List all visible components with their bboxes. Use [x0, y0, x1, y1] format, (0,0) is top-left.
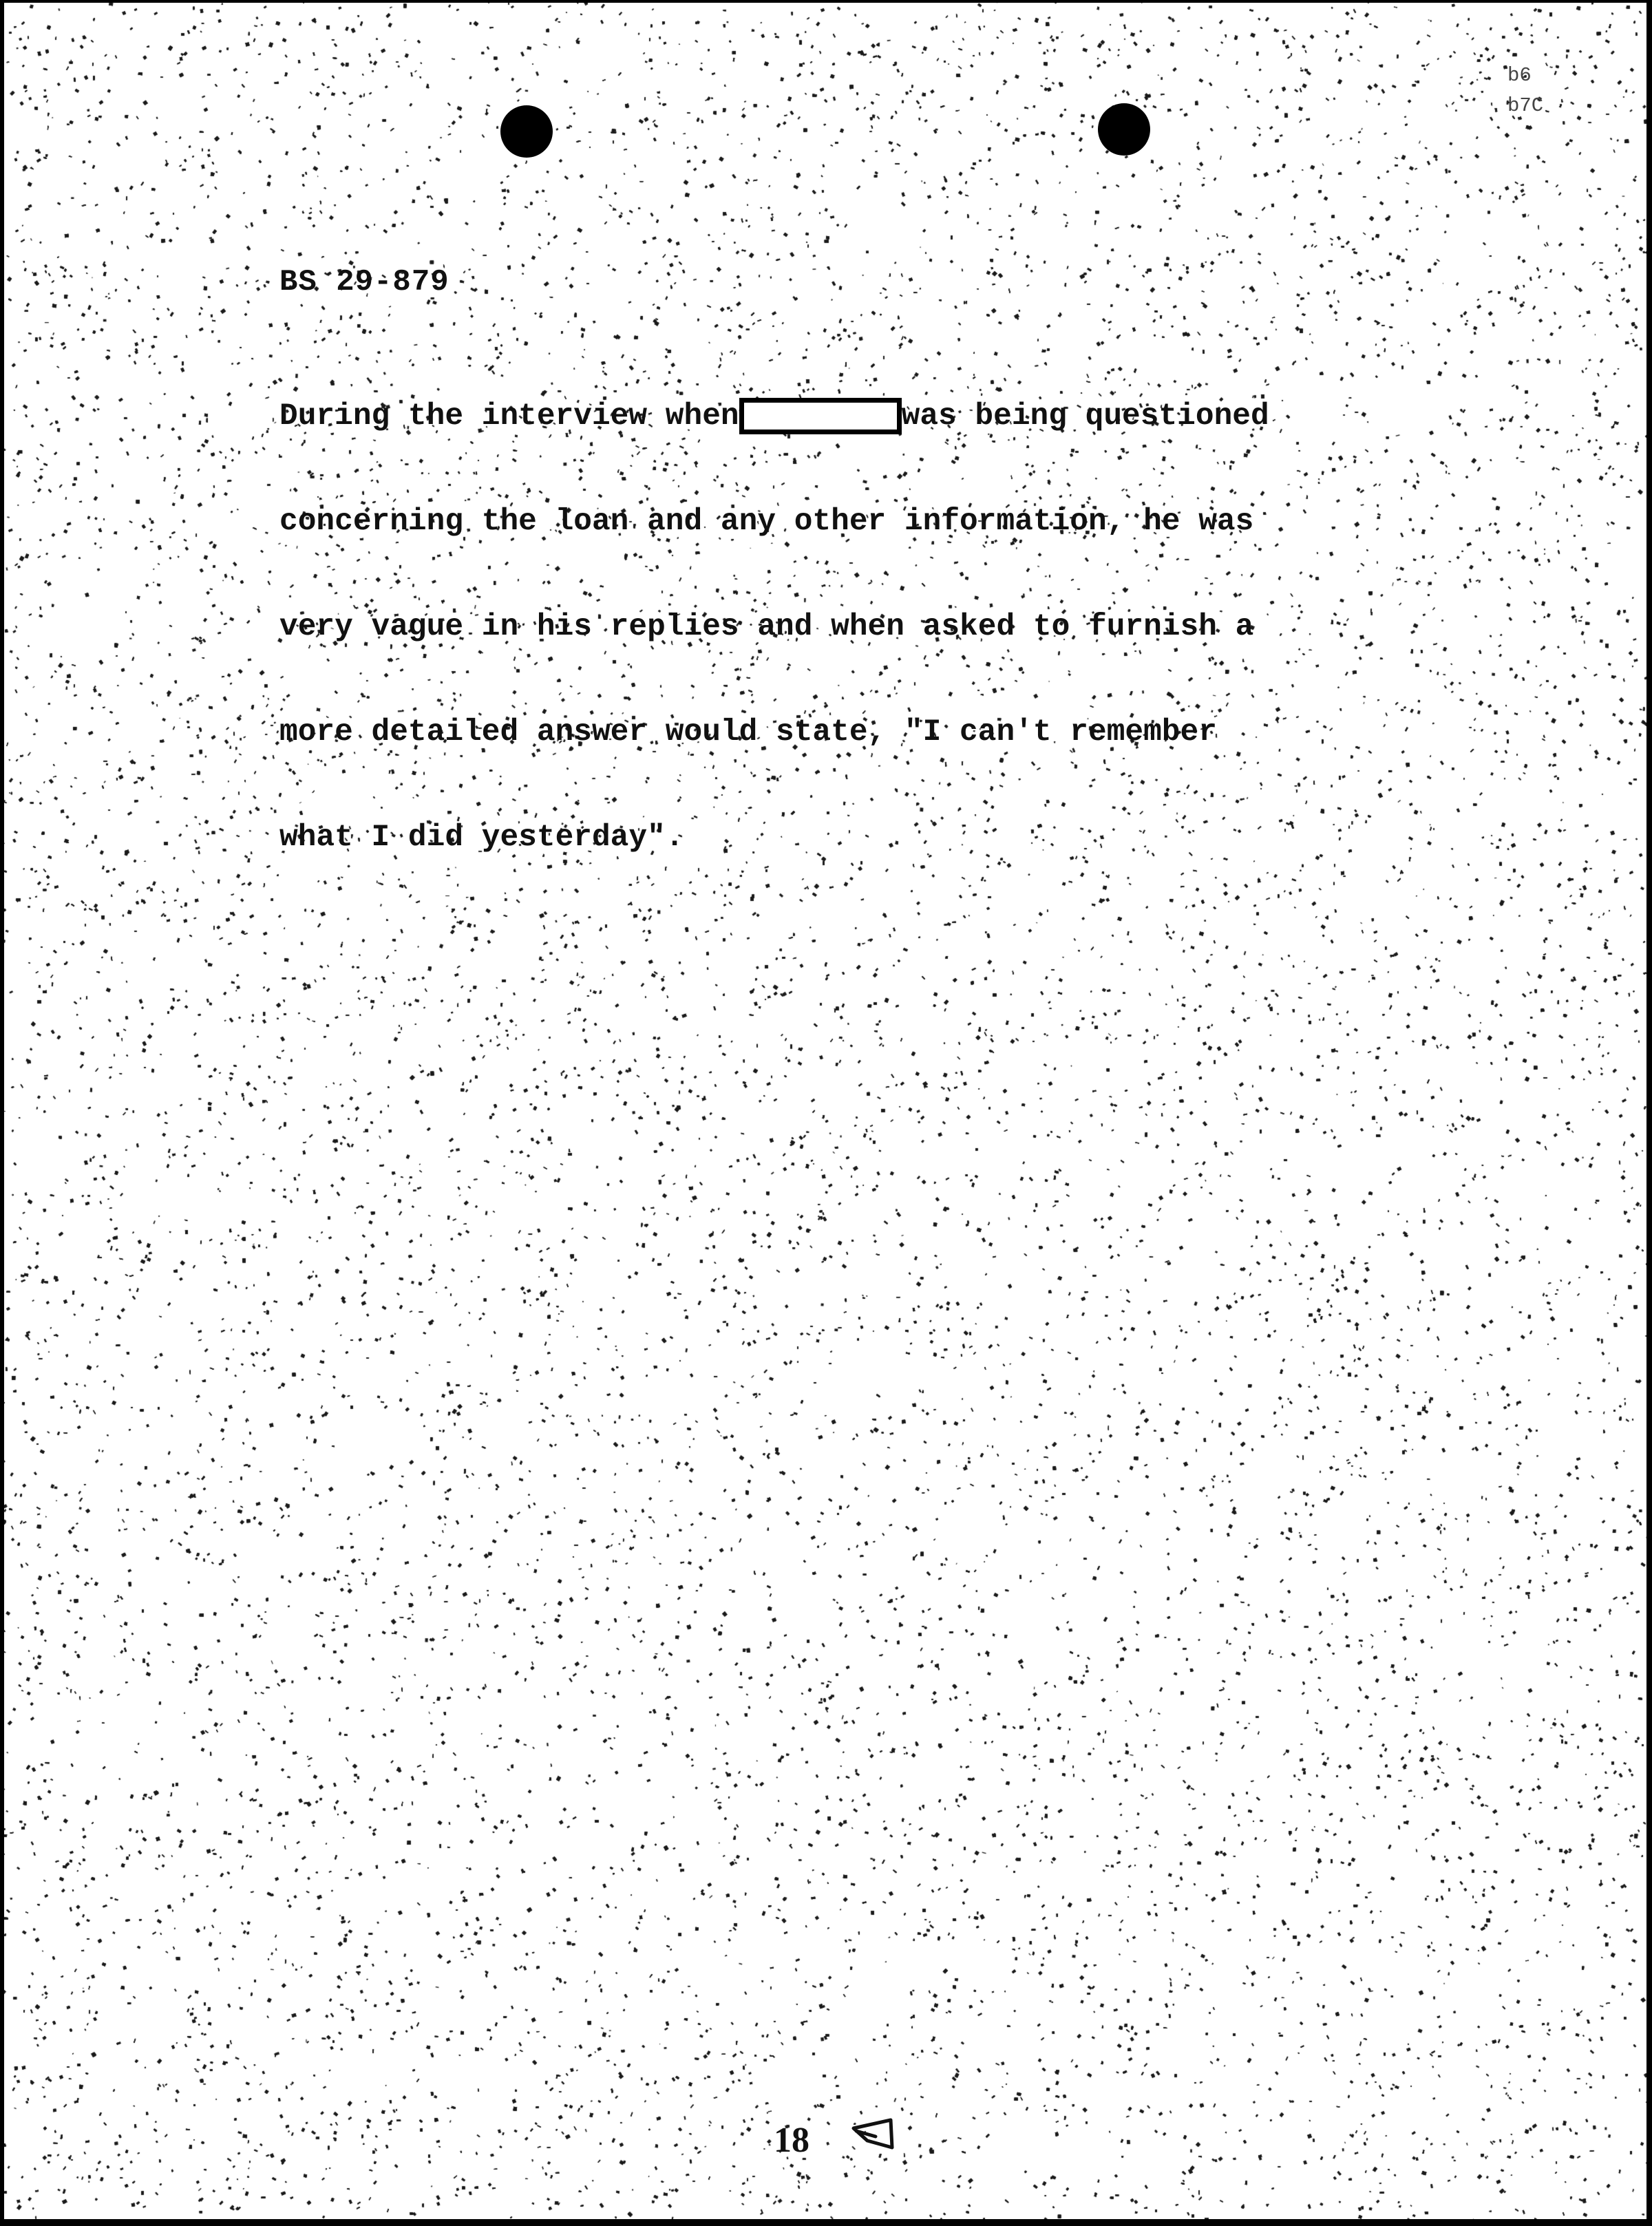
body-paragraph: During the interview whenwas being quest…	[279, 329, 1422, 891]
scan-border-left	[0, 0, 4, 2226]
scan-border-bottom	[0, 2219, 1652, 2226]
exemption-code: b6	[1507, 61, 1543, 91]
file-number: BS 29-879	[279, 265, 449, 299]
paragraph-line: concerning the loan and any other inform…	[279, 505, 1422, 540]
punch-hole-icon	[1098, 103, 1150, 156]
page-number: 18	[774, 2120, 809, 2161]
paragraph-line: what I did yesterday".	[279, 820, 1422, 856]
redaction-box	[739, 398, 902, 434]
paragraph-line: very vague in his replies and when asked…	[279, 610, 1422, 645]
punch-hole-icon	[500, 105, 553, 158]
foia-exemption-codes: b6 b7C	[1507, 61, 1543, 121]
paragraph-line-text: During the interview when	[279, 399, 739, 434]
scan-border-right	[1646, 0, 1652, 2226]
paragraph-line: more detailed answer would state, "I can…	[279, 715, 1422, 750]
scan-border-top	[0, 0, 1652, 3]
exemption-code: b7C	[1507, 91, 1543, 121]
paragraph-line-text: was being questioned	[902, 399, 1269, 434]
paragraph-line: During the interview whenwas being quest…	[279, 399, 1422, 434]
check-mark-icon	[848, 2113, 903, 2154]
